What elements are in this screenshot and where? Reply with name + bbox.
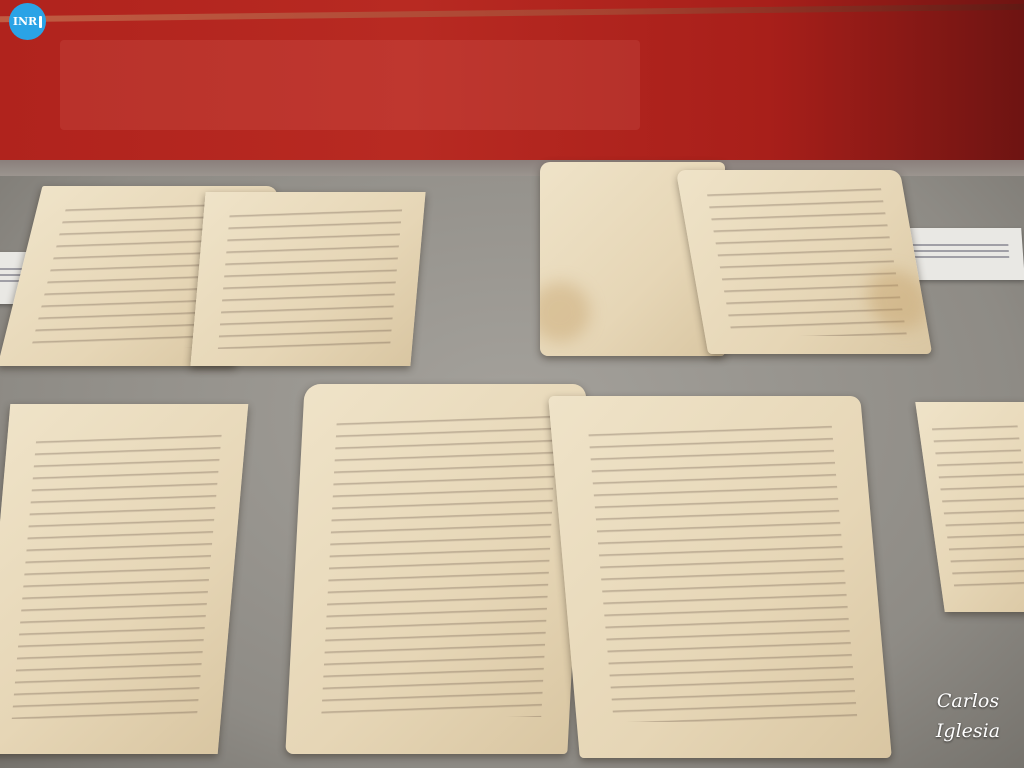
book-top-right-right-page — [676, 170, 932, 354]
watermark-last-name: Iglesia — [928, 716, 1008, 746]
document-bottom-left-sheet — [0, 404, 248, 754]
watermark-first-name: Carlos — [928, 686, 1008, 716]
logo-text: INR — [13, 15, 37, 28]
glass-reflection — [60, 40, 640, 130]
book-bottom-center-left-page — [285, 384, 586, 754]
book-bottom-center-right-page — [548, 396, 892, 758]
candle-icon — [39, 16, 42, 28]
photographer-watermark: Carlos Iglesia — [928, 686, 1008, 746]
document-top-left-right-page — [190, 192, 425, 366]
inr-logo: INR — [9, 3, 46, 40]
red-wall — [0, 0, 1024, 175]
